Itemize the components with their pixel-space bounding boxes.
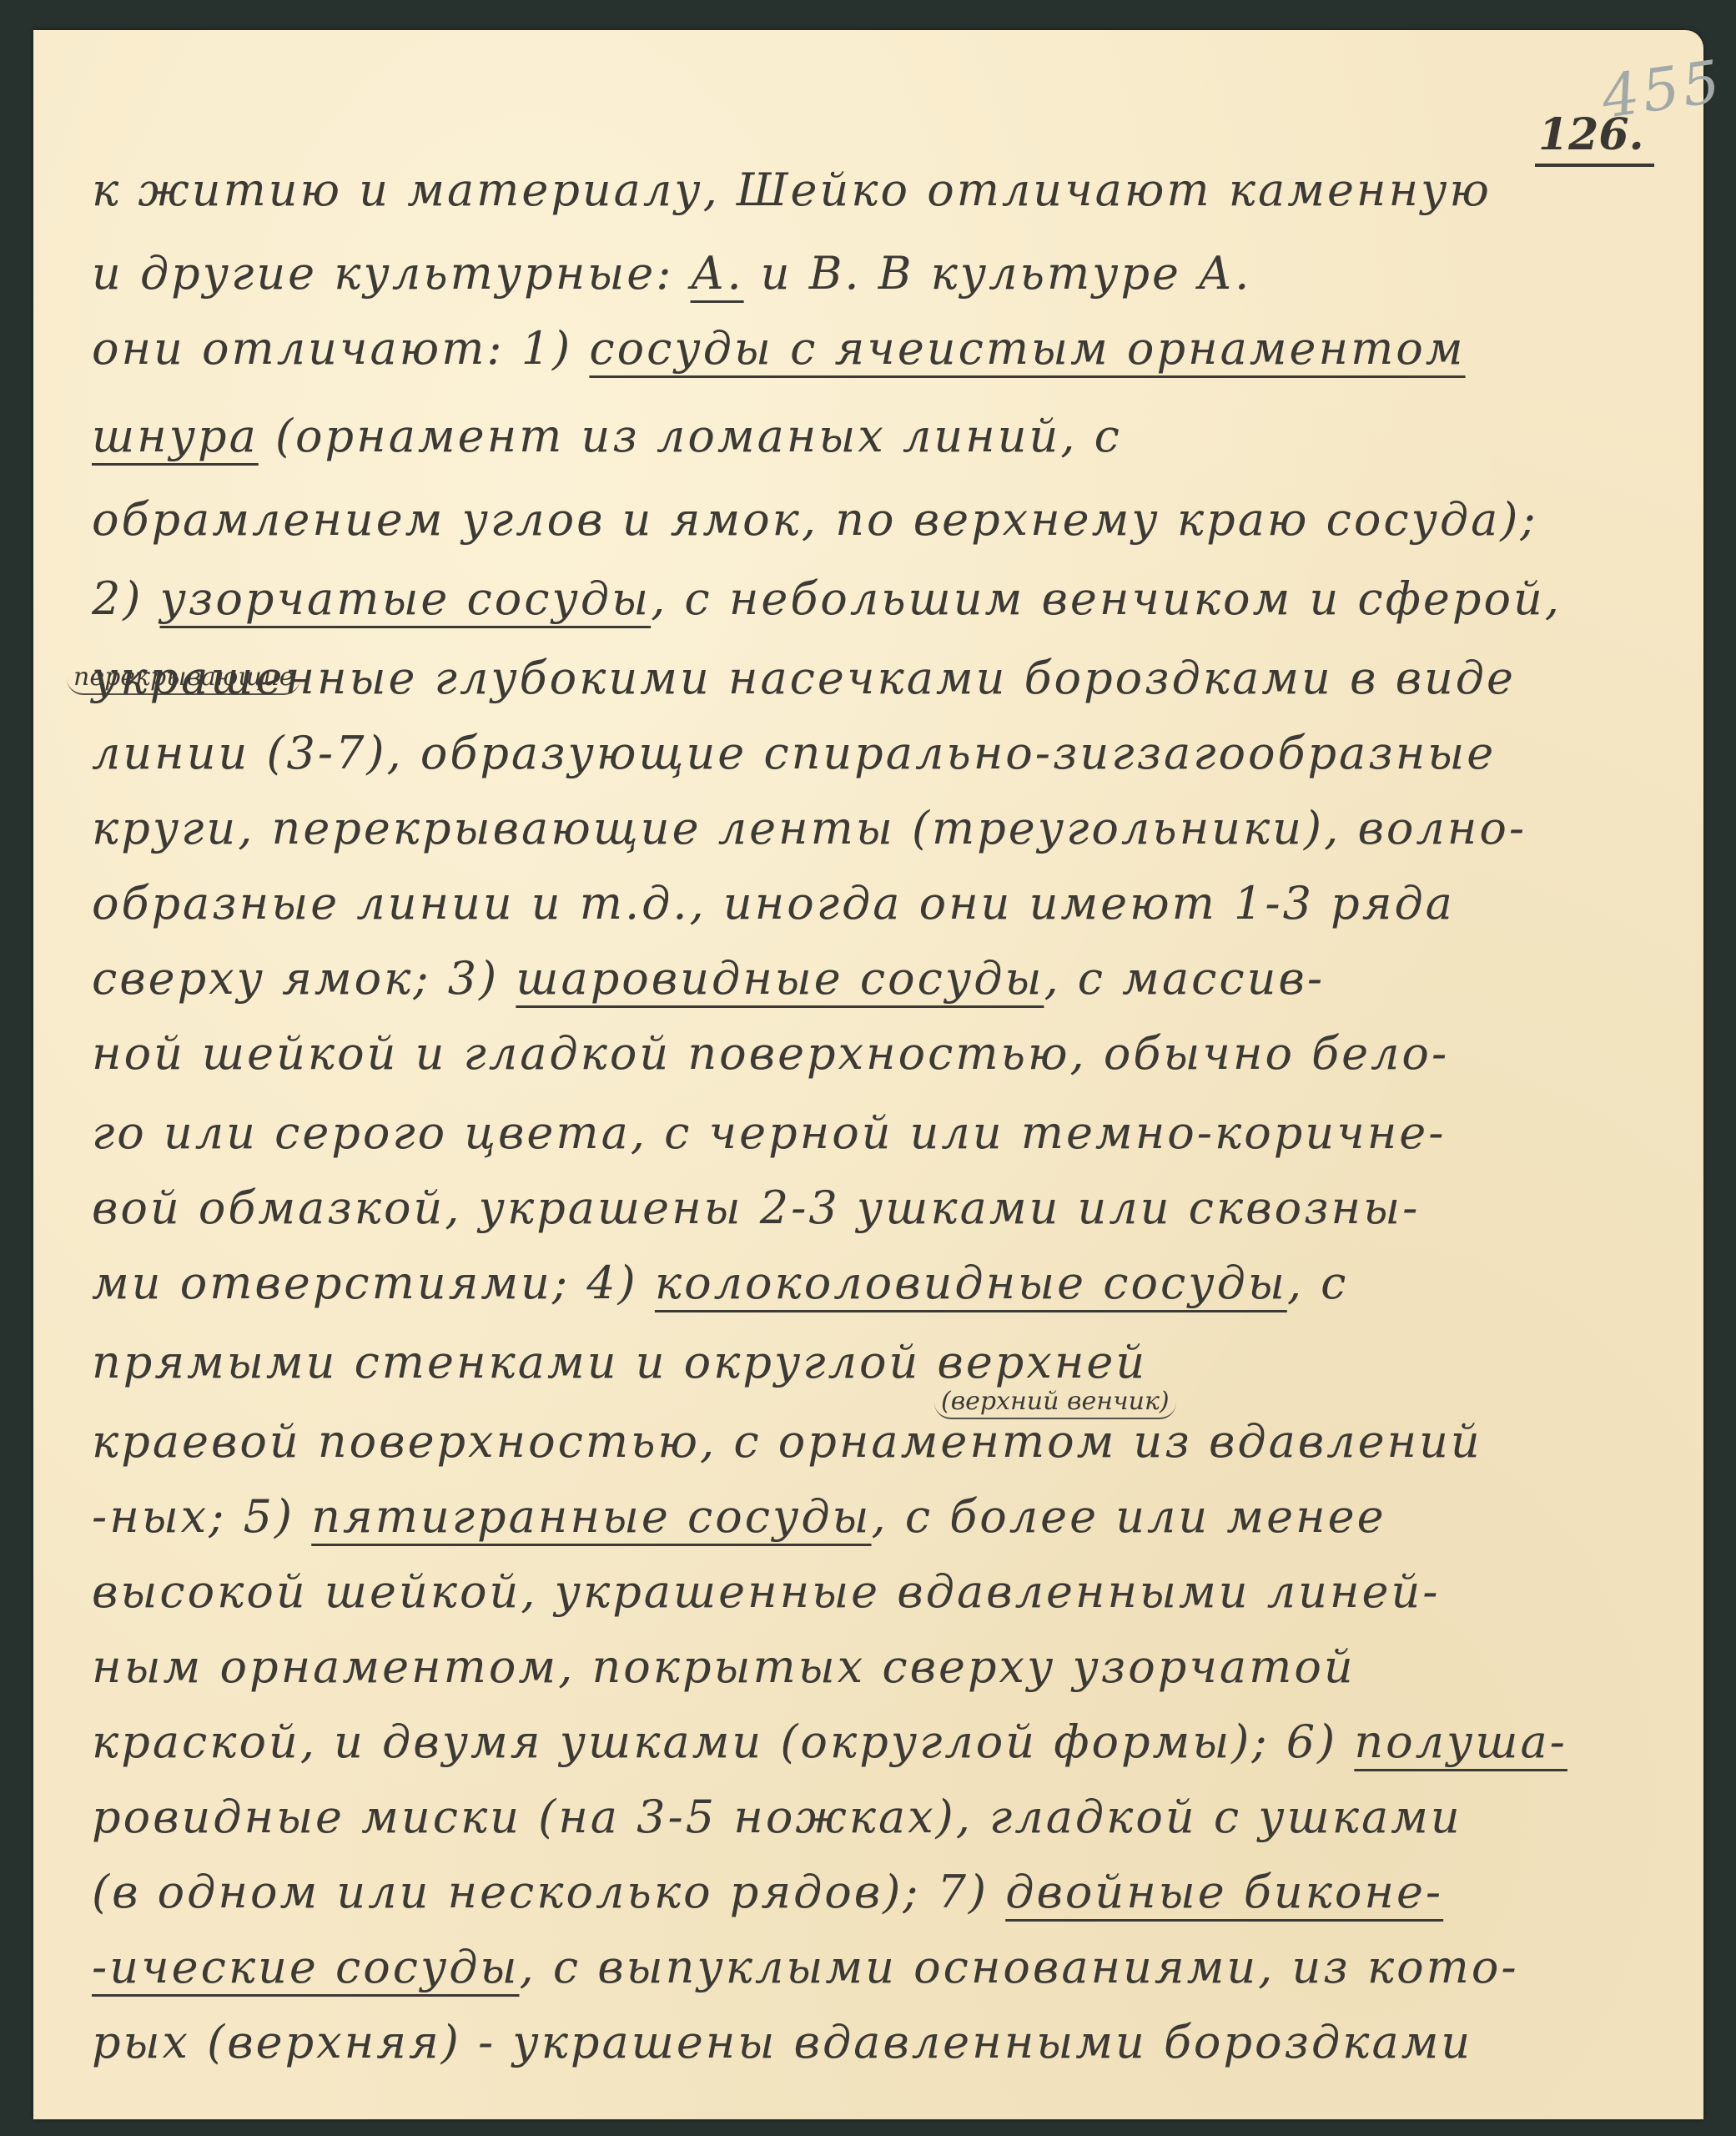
line-text: , с массив- [1044,952,1325,1005]
line-text: , с небольшим венчиком и сферой, [651,572,1562,625]
line-text: (орнамент из ломаных линий, с [259,410,1122,462]
underlined-term: шаровидные сосуды [516,952,1044,1005]
line-text: образные линии и т.д., иногда они имеют … [92,877,1455,929]
underlined-term: сосуды с ячеистым орнаментом [589,322,1465,375]
line-text: (в одном или несколько рядов); 7) [92,1866,1005,1918]
manuscript-line: ным орнаментом, покрытых сверху узорчато… [92,1640,1356,1693]
manuscript-line: обрамлением углов и ямок, по верхнему кр… [92,493,1538,546]
line-text: прямыми стенками и округлой верхней [92,1336,1147,1388]
line-text: ми отверстиями; 4) [92,1257,655,1309]
line-text: ным орнаментом, покрытых сверху узорчато… [92,1640,1356,1693]
manuscript-line: линии (3-7), образующие спирально-зигзаг… [92,727,1496,779]
line-text: рых (верхняя) - украшены вдавленными бор… [92,2016,1472,2068]
underlined-term: шнура [92,410,259,462]
manuscript-line: го или серого цвета, с черной или темно-… [92,1106,1447,1159]
underlined-term: узорчатые сосуды [160,572,651,625]
manuscript-line: ми отверстиями; 4) колоколовидные сосуды… [92,1257,1348,1309]
line-text: 2) [92,572,160,625]
line-text: краской, и двумя ушками (округлой формы)… [92,1715,1354,1768]
manuscript-line: образные линии и т.д., иногда они имеют … [92,877,1455,929]
line-text: сверху ямок; 3) [92,952,516,1005]
line-text: высокой шейкой, украшенные вдавленными л… [92,1565,1440,1618]
line-text: обрамлением углов и ямок, по верхнему кр… [92,493,1538,546]
line-text: ровидные миски (на 3-5 ножках), гладкой … [92,1791,1462,1843]
line-text: , с выпуклыми основаниями, из кото- [520,1941,1519,1993]
line-text: и другие культурные: [92,247,691,300]
line-text: -ных; 5) [92,1490,311,1543]
manuscript-line: -ных; 5) пятигранные сосуды, с более или… [92,1490,1386,1543]
manuscript-line: краевой поверхностью, с орнаментом из вд… [92,1415,1482,1468]
line-text: , с более или менее [872,1490,1386,1543]
manuscript-line: прямыми стенками и округлой верхней [92,1336,1147,1388]
line-text: ной шейкой и гладкой поверхностью, обычн… [92,1027,1449,1080]
underlined-term: пятигранные сосуды [311,1490,871,1543]
line-text: линии (3-7), образующие спирально-зигзаг… [92,727,1496,779]
manuscript-line: высокой шейкой, украшенные вдавленными л… [92,1565,1440,1618]
underlined-term: двойные биконе- [1005,1866,1443,1918]
line-text: го или серого цвета, с черной или темно-… [92,1106,1447,1159]
manuscript-line: к житию и материалу, Шейко отличают каме… [92,164,1492,216]
manuscript-line: круги, перекрывающие ленты (треугольники… [92,802,1527,854]
manuscript-line: ровидные миски (на 3-5 ножках), гладкой … [92,1791,1462,1843]
manuscript-line: украшенные глубокими насечками бороздкам… [92,652,1516,704]
manuscript-line: и другие культурные: А. и В. В культуре … [92,247,1251,300]
underlined-term: полуша- [1354,1715,1567,1768]
manuscript-line: -ические сосуды, с выпуклыми основаниями… [92,1941,1519,1993]
folio-number-ink: 126. [1535,109,1654,167]
line-text: к житию и материалу, Шейко отличают каме… [92,164,1492,216]
manuscript-line: они отличают: 1) сосуды с ячеистым орнам… [92,322,1466,375]
line-text: круги, перекрывающие ленты (треугольники… [92,802,1527,854]
line-text: , с [1287,1257,1349,1309]
underlined-term: А. [691,247,744,300]
line-text: украшенные глубокими насечками бороздкам… [92,652,1516,704]
underlined-term: -ические сосуды [92,1941,520,1993]
manuscript-line: рых (верхняя) - украшены вдавленными бор… [92,2016,1472,2068]
manuscript-line: сверху ямок; 3) шаровидные сосуды, с мас… [92,952,1325,1005]
line-text: они отличают: 1) [92,322,589,375]
manuscript-line: вой обмазкой, украшены 2-3 ушками или ск… [92,1181,1420,1234]
line-text: краевой поверхностью, с орнаментом из вд… [92,1415,1482,1468]
manuscript-line: шнура (орнамент из ломаных линий, с [92,410,1122,462]
manuscript-line: ной шейкой и гладкой поверхностью, обычн… [92,1027,1449,1080]
manuscript-page: 455 126. перекрывающие (верхний венчик) … [33,30,1703,2119]
manuscript-line: 2) узорчатые сосуды, с небольшим венчико… [92,572,1562,625]
line-text: вой обмазкой, украшены 2-3 ушками или ск… [92,1181,1420,1234]
line-text: и В. В культуре А. [744,247,1252,300]
underlined-term: колоколовидные сосуды [655,1257,1287,1309]
manuscript-line: (в одном или несколько рядов); 7) двойны… [92,1866,1443,1918]
manuscript-line: краской, и двумя ушками (округлой формы)… [92,1715,1567,1768]
